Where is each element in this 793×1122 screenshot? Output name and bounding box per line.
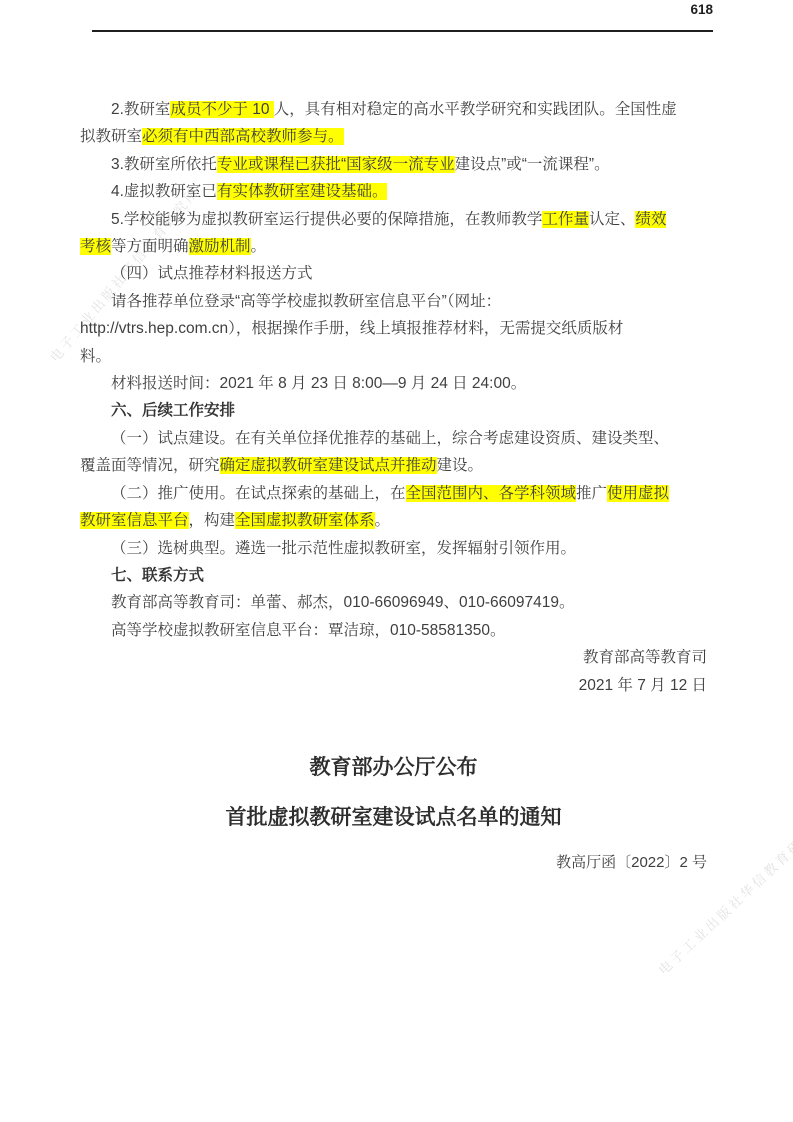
text-run: 材料报送时间：2021 年 8 月 23 日 8:00—9 月 24 日 24:…: [111, 375, 526, 392]
notice-doc-number: 教高厅函〔2022〕2 号: [80, 849, 707, 876]
paragraph-line: 料。: [80, 343, 707, 370]
paragraph-line: http://vtrs.hep.com.cn），根据操作手册，线上填报推荐材料，…: [80, 315, 707, 342]
highlighted-text: 教研室信息平台: [80, 512, 189, 529]
date-line: 2021 年 7 月 12 日: [80, 672, 707, 699]
body-text: 2.教研室成员不少于 10 人，具有相对稳定的高水平教学研究和实践团队。全国性虚…: [80, 96, 707, 699]
text-run: http://vtrs.hep.com.cn），根据操作手册，线上填报推荐材料，…: [80, 320, 623, 337]
text-run: 4.虚拟教研室已: [111, 183, 217, 200]
text-run: （四）试点推荐材料报送方式: [111, 265, 313, 282]
text-run: 认定、: [589, 211, 636, 228]
text-run: 2.教研室: [111, 101, 170, 118]
next-notice-heading: 教育部办公厅公布 首批虚拟教研室建设试点名单的通知 教高厅函〔2022〕2 号: [80, 751, 707, 876]
signature-line: 教育部高等教育司: [80, 644, 707, 671]
highlighted-text: 必须有中西部高校教师参与。: [142, 128, 344, 145]
highlighted-text: 考核: [80, 238, 111, 255]
highlighted-text: 激励机制: [189, 238, 251, 255]
text-run: 拟教研室: [80, 128, 142, 145]
highlighted-text: 有实体教研室建设基础。: [217, 183, 388, 200]
notice-title-line2: 首批虚拟教研室建设试点名单的通知: [80, 801, 707, 835]
text-run: （三）选树典型。遴选一批示范性虚拟教研室，发挥辐射引领作用。: [111, 540, 576, 557]
document-body: 2.教研室成员不少于 10 人，具有相对稳定的高水平教学研究和实践团队。全国性虚…: [80, 96, 707, 876]
text-run: ，构建: [189, 512, 236, 529]
text-run: 5.学校能够为虚拟教研室运行提供必要的保障措施，在教师教学: [111, 211, 542, 228]
highlighted-text: 工作量: [542, 211, 589, 228]
paragraph-line: （三）选树典型。遴选一批示范性虚拟教研室，发挥辐射引领作用。: [80, 535, 707, 562]
page-number: 618: [690, 2, 713, 17]
notice-title-line1: 教育部办公厅公布: [80, 751, 707, 785]
highlighted-text: 全国范围内、各学科领域: [406, 485, 577, 502]
text-run: 请各推荐单位登录“高等学校虚拟教研室信息平台”（网址：: [111, 293, 501, 310]
paragraph-line: 2.教研室成员不少于 10 人，具有相对稳定的高水平教学研究和实践团队。全国性虚: [80, 96, 707, 123]
text-run: （一）试点建设。在有关单位择优推荐的基础上，综合考虑建设资质、建设类型、: [111, 430, 669, 447]
paragraph-line: 5.学校能够为虚拟教研室运行提供必要的保障措施，在教师教学工作量认定、绩效: [80, 206, 707, 233]
subsection-heading: （四）试点推荐材料报送方式: [80, 260, 707, 287]
text-run: 高等学校虚拟教研室信息平台：覃洁琼，010-58581350。: [111, 622, 506, 639]
text-run: 覆盖面等情况，研究: [80, 457, 220, 474]
highlighted-text: 专业或课程已获批“国家级一流专业: [217, 156, 455, 173]
text-run: 人，具有相对稳定的高水平教学研究和实践团队。全国性虚: [274, 101, 677, 118]
section-heading: 七、联系方式: [80, 562, 707, 589]
contact-line: 教育部高等教育司：单蕾、郝杰，010-66096949、010-66097419…: [80, 589, 707, 616]
text-run: 。: [375, 512, 391, 529]
text-run: 3.教研室所依托: [111, 156, 217, 173]
header-rule: [92, 30, 713, 32]
paragraph-line: 请各推荐单位登录“高等学校虚拟教研室信息平台”（网址：: [80, 288, 707, 315]
paragraph-line: 材料报送时间：2021 年 8 月 23 日 8:00—9 月 24 日 24:…: [80, 370, 707, 397]
text-run: （二）推广使用。在试点探索的基础上，在: [111, 485, 406, 502]
highlighted-text: 绩效: [635, 211, 666, 228]
paragraph-line: （一）试点建设。在有关单位择优推荐的基础上，综合考虑建设资质、建设类型、: [80, 425, 707, 452]
highlighted-text: 成员不少于 10: [170, 101, 273, 118]
text-run: 教育部高等教育司：单蕾、郝杰，010-66096949、010-66097419…: [111, 594, 574, 611]
paragraph-line: 覆盖面等情况，研究确定虚拟教研室建设试点并推动建设。: [80, 452, 707, 479]
text-run: 建设。: [437, 457, 484, 474]
text-run: 。: [251, 238, 267, 255]
paragraph-line: （二）推广使用。在试点探索的基础上，在全国范围内、各学科领域推广使用虚拟: [80, 480, 707, 507]
text-run: 推广: [576, 485, 607, 502]
paragraph-line: 拟教研室必须有中西部高校教师参与。: [80, 123, 707, 150]
paragraph-line: 3.教研室所依托专业或课程已获批“国家级一流专业建设点”或“一流课程”。: [80, 151, 707, 178]
text-run: 料。: [80, 348, 111, 365]
text-run: 建设点”或“一流课程”。: [455, 156, 610, 173]
text-run: 教育部高等教育司: [583, 649, 707, 666]
section-heading: 六、后续工作安排: [80, 397, 707, 424]
text-run: 七、联系方式: [111, 567, 204, 584]
paragraph-line: 教研室信息平台，构建全国虚拟教研室体系。: [80, 507, 707, 534]
paragraph-line: 4.虚拟教研室已有实体教研室建设基础。: [80, 178, 707, 205]
paragraph-line: 考核等方面明确激励机制。: [80, 233, 707, 260]
highlighted-text: 全国虚拟教研室体系: [235, 512, 375, 529]
text-run: 等方面明确: [111, 238, 189, 255]
highlighted-text: 使用虚拟: [607, 485, 669, 502]
highlighted-text: 确定虚拟教研室建设试点并推动: [220, 457, 437, 474]
text-run: 六、后续工作安排: [111, 402, 235, 419]
contact-line: 高等学校虚拟教研室信息平台：覃洁琼，010-58581350。: [80, 617, 707, 644]
document-page: 618 电子工业出版社华信教育研究所 电子工业出版社华信教育研究所 2.教研室成…: [0, 0, 793, 1122]
text-run: 2021 年 7 月 12 日: [579, 677, 707, 694]
